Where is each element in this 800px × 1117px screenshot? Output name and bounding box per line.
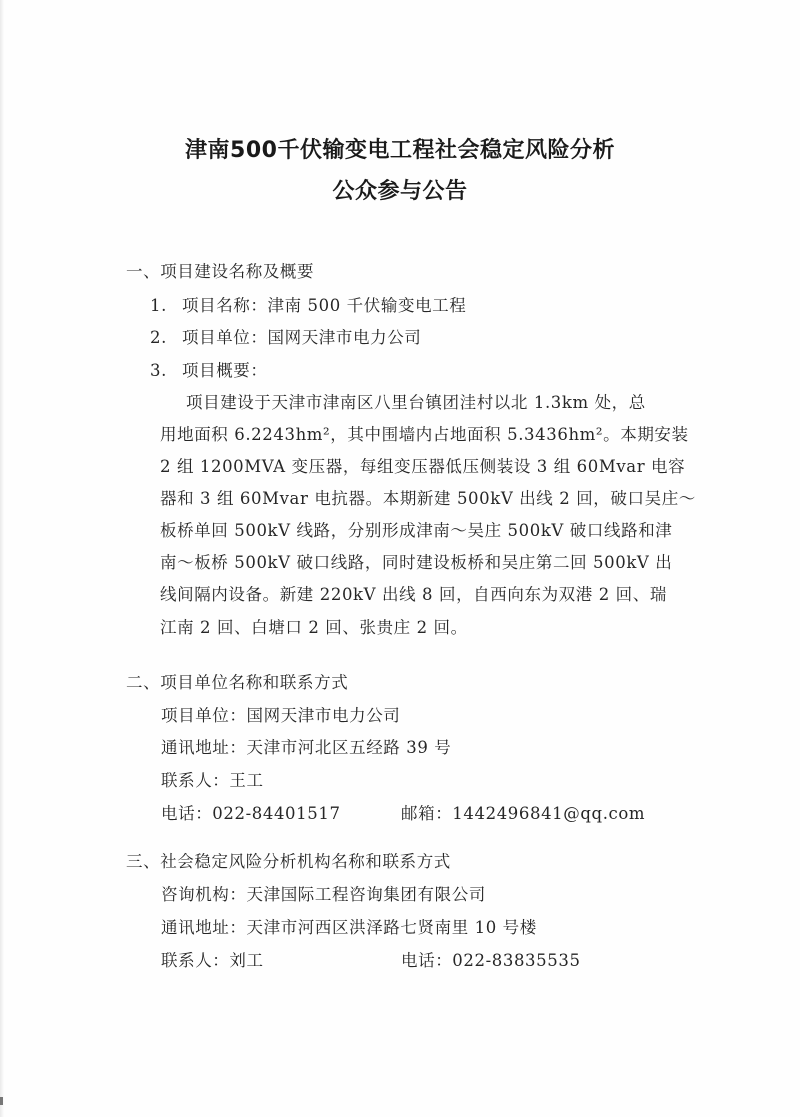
agency-contact-field: 联系人：刘工: [161, 951, 264, 971]
agency-phone-field: 电话：022-83835535: [401, 951, 581, 971]
overview-line-1: 项目建设于天津市津南区八里台镇团洼村以北 1.3km 处，总: [186, 393, 666, 413]
overview-line-5: 板桥单回 500kV 线路，分别形成津南～吴庄 500kV 破口线路和津: [160, 521, 640, 541]
project-address-field: 通讯地址：天津市河北区五经路 39 号: [161, 738, 451, 758]
item-number: 1.: [150, 296, 182, 316]
scanned-page: 津南500千伏输变电工程社会稳定风险分析 公众参与公告 一、项目建设名称及概要 …: [0, 0, 800, 1117]
item-number: 2.: [150, 328, 182, 348]
item-project-overview: 3.项目概要：: [150, 361, 268, 381]
overview-line-3: 2 组 1200MVA 变压器，每组变压器低压侧装设 3 组 60Mvar 电容: [160, 457, 640, 477]
item-text: 项目概要：: [182, 361, 268, 380]
document-title: 津南500千伏输变电工程社会稳定风险分析: [0, 133, 800, 164]
item-text: 项目名称：津南 500 千伏输变电工程: [182, 296, 466, 315]
overview-line-7: 线间隔内设备。新建 220kV 出线 8 回，自西向东为双港 2 回、瑞: [160, 585, 640, 605]
item-project-name: 1.项目名称：津南 500 千伏输变电工程: [150, 296, 466, 316]
overview-line-4: 器和 3 组 60Mvar 电抗器。本期新建 500kV 出线 2 回，破口吴庄…: [160, 489, 640, 509]
project-contact-field: 联系人：王工: [161, 771, 264, 791]
item-number: 3.: [150, 361, 182, 381]
scan-edge-shadow: [0, 0, 4, 1117]
item-project-unit: 2.项目单位：国网天津市电力公司: [150, 328, 421, 348]
overview-line-2: 用地面积 6.2243hm²，其中围墙内占地面积 5.3436hm²。本期安装: [160, 425, 640, 445]
agency-name-field: 咨询机构：天津国际工程咨询集团有限公司: [161, 885, 486, 905]
overview-line-6: 南～板桥 500kV 破口线路，同时建设板桥和吴庄第二回 500kV 出: [160, 553, 640, 573]
scan-artifact-mark: [0, 1097, 3, 1105]
agency-address-field: 通讯地址：天津市河西区洪泽路七贤南里 10 号楼: [161, 918, 537, 938]
document-subtitle: 公众参与公告: [0, 174, 800, 205]
section-3-heading: 三、社会稳定风险分析机构名称和联系方式: [126, 852, 451, 872]
overview-line-8: 江南 2 回、白塘口 2 回、张贵庄 2 回。: [160, 618, 640, 638]
section-2-heading: 二、项目单位名称和联系方式: [126, 673, 348, 693]
project-unit-field: 项目单位：国网天津市电力公司: [161, 706, 400, 726]
item-text: 项目单位：国网天津市电力公司: [182, 328, 421, 347]
project-phone-field: 电话：022-84401517: [161, 804, 341, 824]
section-1-heading: 一、项目建设名称及概要: [126, 262, 314, 282]
project-email-field: 邮箱：1442496841@qq.com: [401, 804, 645, 824]
